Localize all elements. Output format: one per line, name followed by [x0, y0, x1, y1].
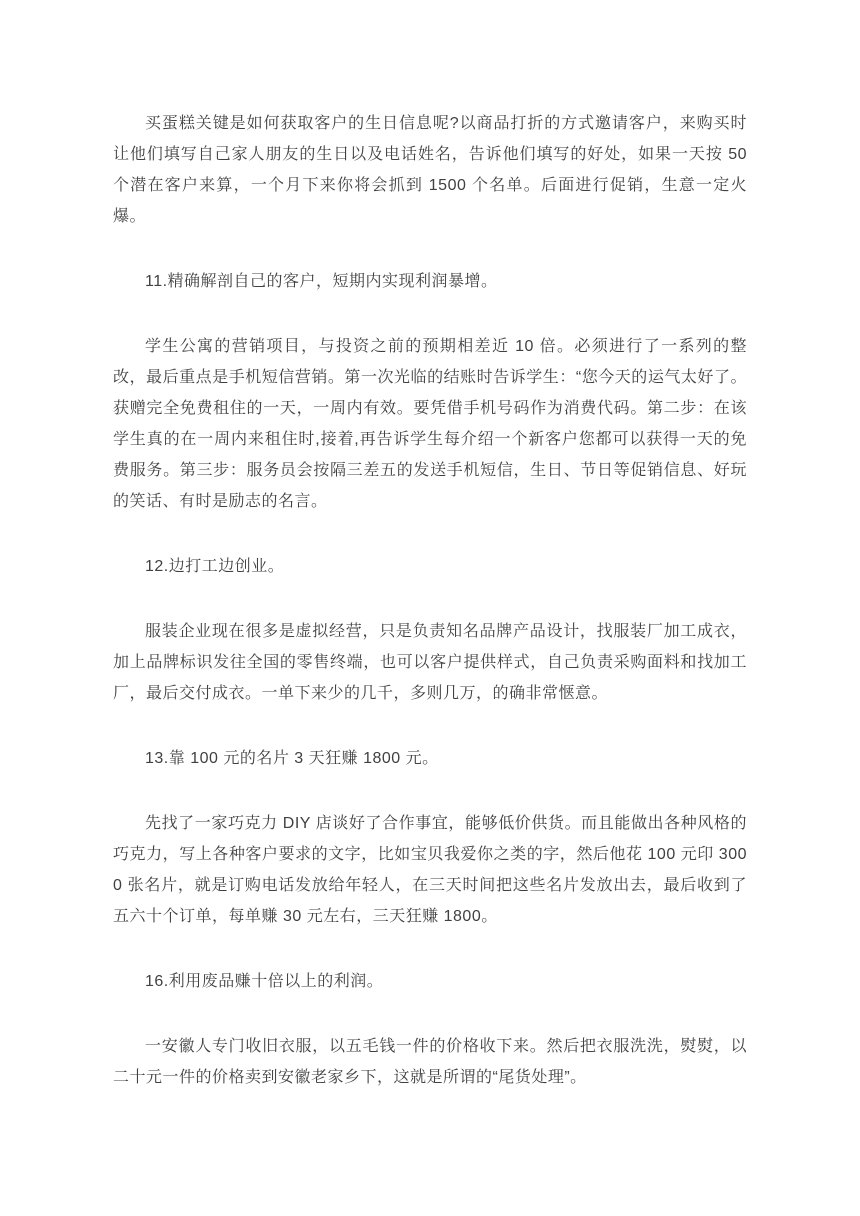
- paragraph: 学生公寓的营销项目，与投资之前的预期相差近 10 倍。必须进行了一系列的整改，最…: [113, 331, 747, 517]
- section-heading-12: 12.边打工边创业。: [113, 551, 747, 582]
- document-page: 买蛋糕关键是如何获取客户的生日信息呢?以商品打折的方式邀请客户，来购买时让他们填…: [0, 0, 860, 1216]
- paragraph: 先找了一家巧克力 DIY 店谈好了合作事宜，能够低价供货。而且能做出各种风格的巧…: [113, 808, 747, 932]
- section-heading-16: 16.利用废品赚十倍以上的利润。: [113, 966, 747, 997]
- paragraph: 买蛋糕关键是如何获取客户的生日信息呢?以商品打折的方式邀请客户，来购买时让他们填…: [113, 108, 747, 232]
- paragraph: 服装企业现在很多是虚拟经营，只是负责知名品牌产品设计，找服装厂加工成衣，加上品牌…: [113, 616, 747, 709]
- section-heading-11: 11.精确解剖自己的客户，短期内实现利润暴增。: [113, 266, 747, 297]
- section-heading-13: 13.靠 100 元的名片 3 天狂赚 1800 元。: [113, 743, 747, 774]
- paragraph: 一安徽人专门收旧衣服，以五毛钱一件的价格收下来。然后把衣服洗洗，熨熨，以二十元一…: [113, 1031, 747, 1093]
